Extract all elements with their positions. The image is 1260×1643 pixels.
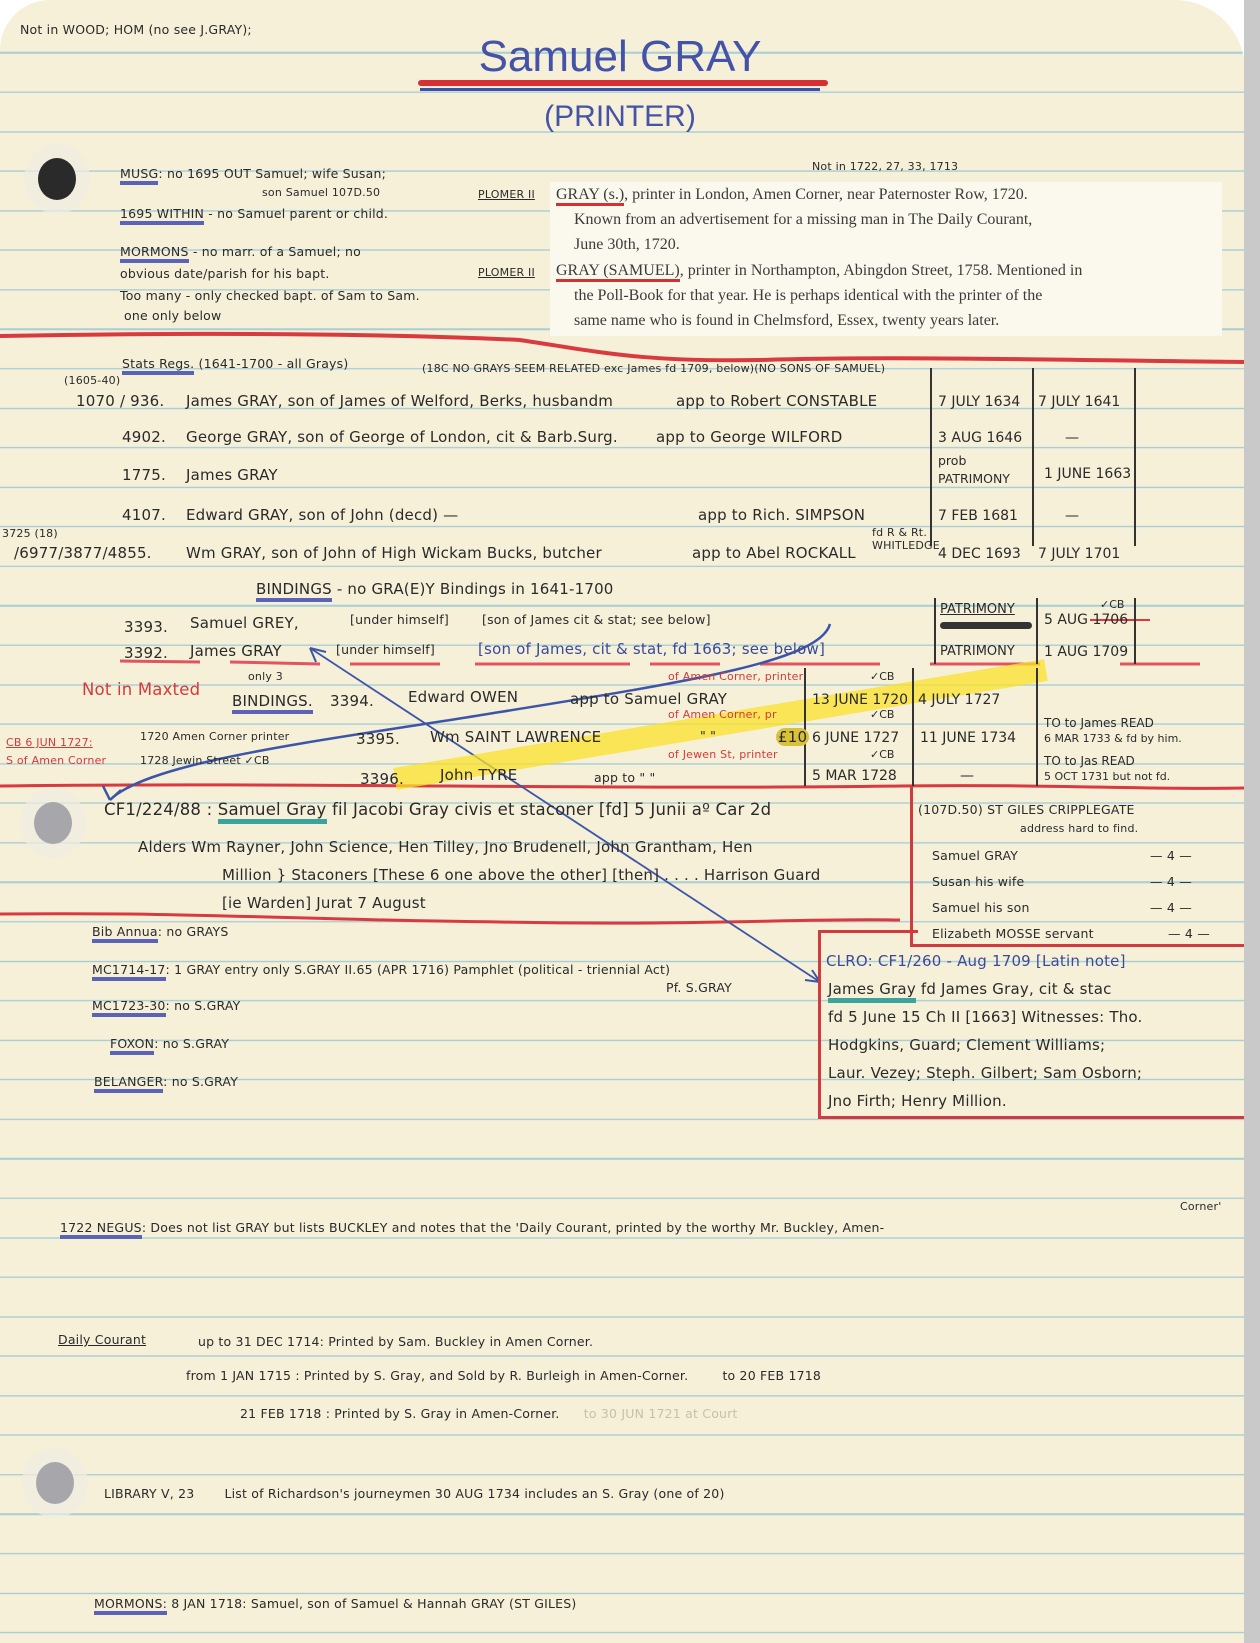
household-member: Samuel his son [932,900,1030,915]
cb-note: S of Amen Corner [6,754,106,767]
binding-freed: 11 JUNE 1734 [920,730,1016,746]
bindings-2-heading: BINDINGS. [232,692,313,714]
binding-remark: TO to James READ [1044,716,1154,730]
source-sub: Pf. S.GRAY [666,980,732,995]
binding-freed: — [960,768,974,784]
binding-entry: Wm SAINT LAWRENCE [430,728,601,746]
mormons-line: Too many - only checked bapt. of Sam to … [120,288,420,303]
margin-note-1728: 1728 Jewin Street ✓CB [140,754,270,767]
reg-bound-date: prob PATRIMONY [938,452,1028,488]
cb-note: CB 6 JUN 1727: [6,736,93,749]
binding-apprenticed: app to " " [594,770,656,785]
negus-line: 1722 NEGUS: Does not list GRAY but lists… [60,1220,884,1235]
column-divider [912,668,914,786]
clro-line-2: fd 5 June 15 Ch II [1663] Witnesses: Tho… [828,1008,1143,1026]
reg-freed-date: — [1065,430,1079,446]
box-top [818,930,918,933]
source-mc1714: MC1714-17: 1 GRAY entry only S.GRAY II.6… [92,962,670,977]
clro-line-3: Hodgkins, Guard; Clement Williams; [828,1036,1105,1054]
reg-freed-date: 7 JULY 1701 [1038,546,1120,562]
binding-freed: 5 AUG 1706 [1044,612,1128,628]
binding-entry: John TYRE [440,766,517,784]
binding-number: 3393. [124,618,168,636]
courant-line-3: 21 FEB 1718 : Printed by S. Gray in Amen… [240,1406,738,1421]
reg-bound-date: 7 FEB 1681 [938,508,1018,524]
reg-freed-date: — [1065,508,1079,524]
binding-bracket: [son of James, cit & stat, fd 1663; see … [478,640,825,658]
red-note: of Amen Corner, printer [668,670,803,683]
margin-note-1720: 1720 Amen Corner printer [140,730,289,743]
column-divider [1036,668,1038,786]
reg-bound-date: 7 JULY 1634 [938,394,1020,410]
punch-hole [38,158,76,200]
source-bib-annua: Bib Annua: no GRAYS [92,924,228,939]
title-underline [418,80,828,86]
reg-entry: Wm GRAY, son of John of High Wickam Buck… [186,544,602,562]
binding-apprenticed: " " [700,728,716,743]
check-mark: ✓CB [870,748,894,761]
cf1-line-4: [ie Warden] Jurat 7 August [222,894,426,912]
column-divider [1032,368,1034,546]
reg-note: fd R & Rt. WHITLEDGE [872,526,932,552]
binding-number: 3395. [356,730,400,748]
margin-note: (1605-40) [64,374,120,387]
reg-freed-date: 7 JULY 1641 [1038,394,1120,410]
plomer-clipping-2: GRAY (SAMUEL), printer in Northampton, A… [550,258,1222,336]
st-giles-note: address hard to find. [1020,822,1138,835]
not-in-maxted: Not in Maxted [82,680,200,699]
punch-hole [36,1462,74,1504]
binding-bound: 5 MAR 1728 [812,768,897,784]
margin-note: 3725 (18) [2,527,58,540]
daily-courant-label: Daily Courant [58,1332,146,1347]
top-note: Not in WOOD; HOM (no see J.GRAY); [20,22,252,37]
negus-insert: Corner' [1180,1200,1221,1213]
stats-regs-heading: Stats Regs. (1641-1700 - all Grays) [122,356,348,371]
binding-entry: Samuel GREY, [190,614,299,632]
binding-remark: TO to Jas READ [1044,754,1135,768]
reg-number: 1775. [122,466,166,484]
binding-remark: 6 MAR 1733 & fd by him. [1044,732,1182,745]
reg-number: /6977/3877/4855. [14,544,152,562]
binding-number: 3394. [330,692,374,710]
reg-freed-date: 1 JUNE 1663 [1044,466,1131,482]
st-giles-heading: (107D.50) ST GILES CRIPPLEGATE [918,802,1135,817]
source-foxon: FOXON: no S.GRAY [110,1036,229,1051]
notebook-page: Not in WOOD; HOM (no see J.GRAY); Samuel… [0,0,1245,1643]
title-underline [420,88,820,91]
only-note: only 3 [248,670,283,683]
stats-regs-note: (18C NO GRAYS SEEM RELATED exc James fd … [422,362,885,375]
reg-number: 1070 / 936. [76,392,164,410]
column-divider [1134,368,1136,546]
musg-note: MUSG: no 1695 OUT Samuel; wife Susan; [120,166,386,181]
mormons-line: obvious date/parish for his bapt. [120,266,330,281]
reg-entry: Edward GRAY, son of John (decd) — [186,506,458,524]
column-divider [1134,598,1136,664]
binding-apprenticed: app to Samuel GRAY [570,690,727,708]
binding-bound: 6 JUNE 1727 [812,730,899,746]
binding-number: 3392. [124,644,168,662]
clro-ref: CLRO: CF1/260 - Aug 1709 [Latin note] [826,952,1126,970]
reg-apprenticed: app to Rich. SIMPSON [698,506,865,524]
clro-line-1: James Gray fd James Gray, cit & stac [828,980,1112,998]
reg-number: 4107. [122,506,166,524]
binding-entry: James GRAY [190,642,282,660]
bindings-heading: BINDINGS - no GRA(E)Y Bindings in 1641-1… [256,580,614,598]
check-mark: ✓CB [870,670,894,683]
column-divider [1036,598,1038,664]
binding-bracket: [son of James cit & stat; see below] [482,612,711,627]
reg-entry: James GRAY [186,466,278,484]
binding-entry: Edward OWEN [408,688,518,706]
household-value: — 4 — [1150,848,1192,863]
punch-hole [34,802,72,844]
reg-apprenticed: app to Abel ROCKALL [692,544,856,562]
binding-remark: 5 OCT 1731 but not fd. [1044,770,1170,783]
household-member: Susan his wife [932,874,1024,889]
check-mark: ✓CB [870,708,894,721]
binding-number: 3396. [360,770,404,788]
page-title: Samuel GRAY [420,32,820,82]
binding-note: [under himself] [350,612,449,627]
binding-freed: 1 AUG 1709 [1044,644,1128,660]
binding-note: [under himself] [336,642,435,657]
reg-entry: James GRAY, son of James of Welford, Ber… [186,392,613,410]
check-mark: ✓CB [1100,598,1124,611]
plomer-clipping-1: GRAY (s.), printer in London, Amen Corne… [550,182,1222,260]
household-member: Samuel GRAY [932,848,1018,863]
column-divider [930,368,932,546]
column-divider [804,668,806,786]
clro-line-4: Laur. Vezey; Steph. Gilbert; Sam Osborn; [828,1064,1142,1082]
scribble-out [940,622,1032,629]
plomer-label: PLOMER II [478,266,535,279]
page-edge [1244,0,1260,1643]
mormons-bottom-line: MORMONS: 8 JAN 1718: Samuel, son of Samu… [94,1596,577,1611]
reg-bound-date: 4 DEC 1693 [938,546,1021,562]
mormons-line: one only below [124,308,221,323]
household-value: — 4 — [1150,874,1192,889]
courant-line-2: from 1 JAN 1715 : Printed by S. Gray, an… [186,1368,821,1383]
binding-freed: 4 JULY 1727 [918,692,1000,708]
fee: £10 [776,728,809,746]
reg-apprenticed: app to Robert CONSTABLE [676,392,877,410]
page-subtitle: (PRINTER) [470,100,770,134]
mormons-note: MORMONS - no marr. of a Samuel; no [120,244,361,259]
red-note: of Amen Corner, pr [668,708,777,721]
cf1-line-2: Alders Wm Rayner, John Science, Hen Till… [138,838,753,856]
plomer-label: PLOMER II [478,188,535,201]
household-value: — 4 — [1150,900,1192,915]
binding-bound: PATRIMONY [940,602,1015,617]
red-note: of Jewen St, printer [668,748,778,761]
reg-number: 4902. [122,428,166,446]
cf1-line-1: CF1/224/88 : Samuel Gray fil Jacobi Gray… [104,800,771,819]
plomer-note: Not in 1722, 27, 33, 1713 [812,160,958,173]
cf1-line-3: Million } Staconers [These 6 one above t… [222,866,820,884]
binding-bound: 13 JUNE 1720 [812,692,908,708]
musg-sub: son Samuel 107D.50 [262,186,380,199]
source-belanger: BELANGER: no S.GRAY [94,1074,238,1089]
reg-bound-date: 3 AUG 1646 [938,430,1022,446]
reg-entry: George GRAY, son of George of London, ci… [186,428,618,446]
clro-line-5: Jno Firth; Henry Million. [828,1092,1007,1110]
column-divider [934,598,936,664]
reg-apprenticed: app to George WILFORD [656,428,843,446]
binding-bound: PATRIMONY [940,644,1015,659]
within-note: 1695 WITHIN - no Samuel parent or child. [120,206,388,221]
source-mc1723: MC1723-30: no S.GRAY [92,998,240,1013]
courant-line-1: up to 31 DEC 1714: Printed by Sam. Buckl… [198,1334,593,1349]
library-line: LIBRARY V, 23List of Richardson's journe… [104,1486,725,1501]
